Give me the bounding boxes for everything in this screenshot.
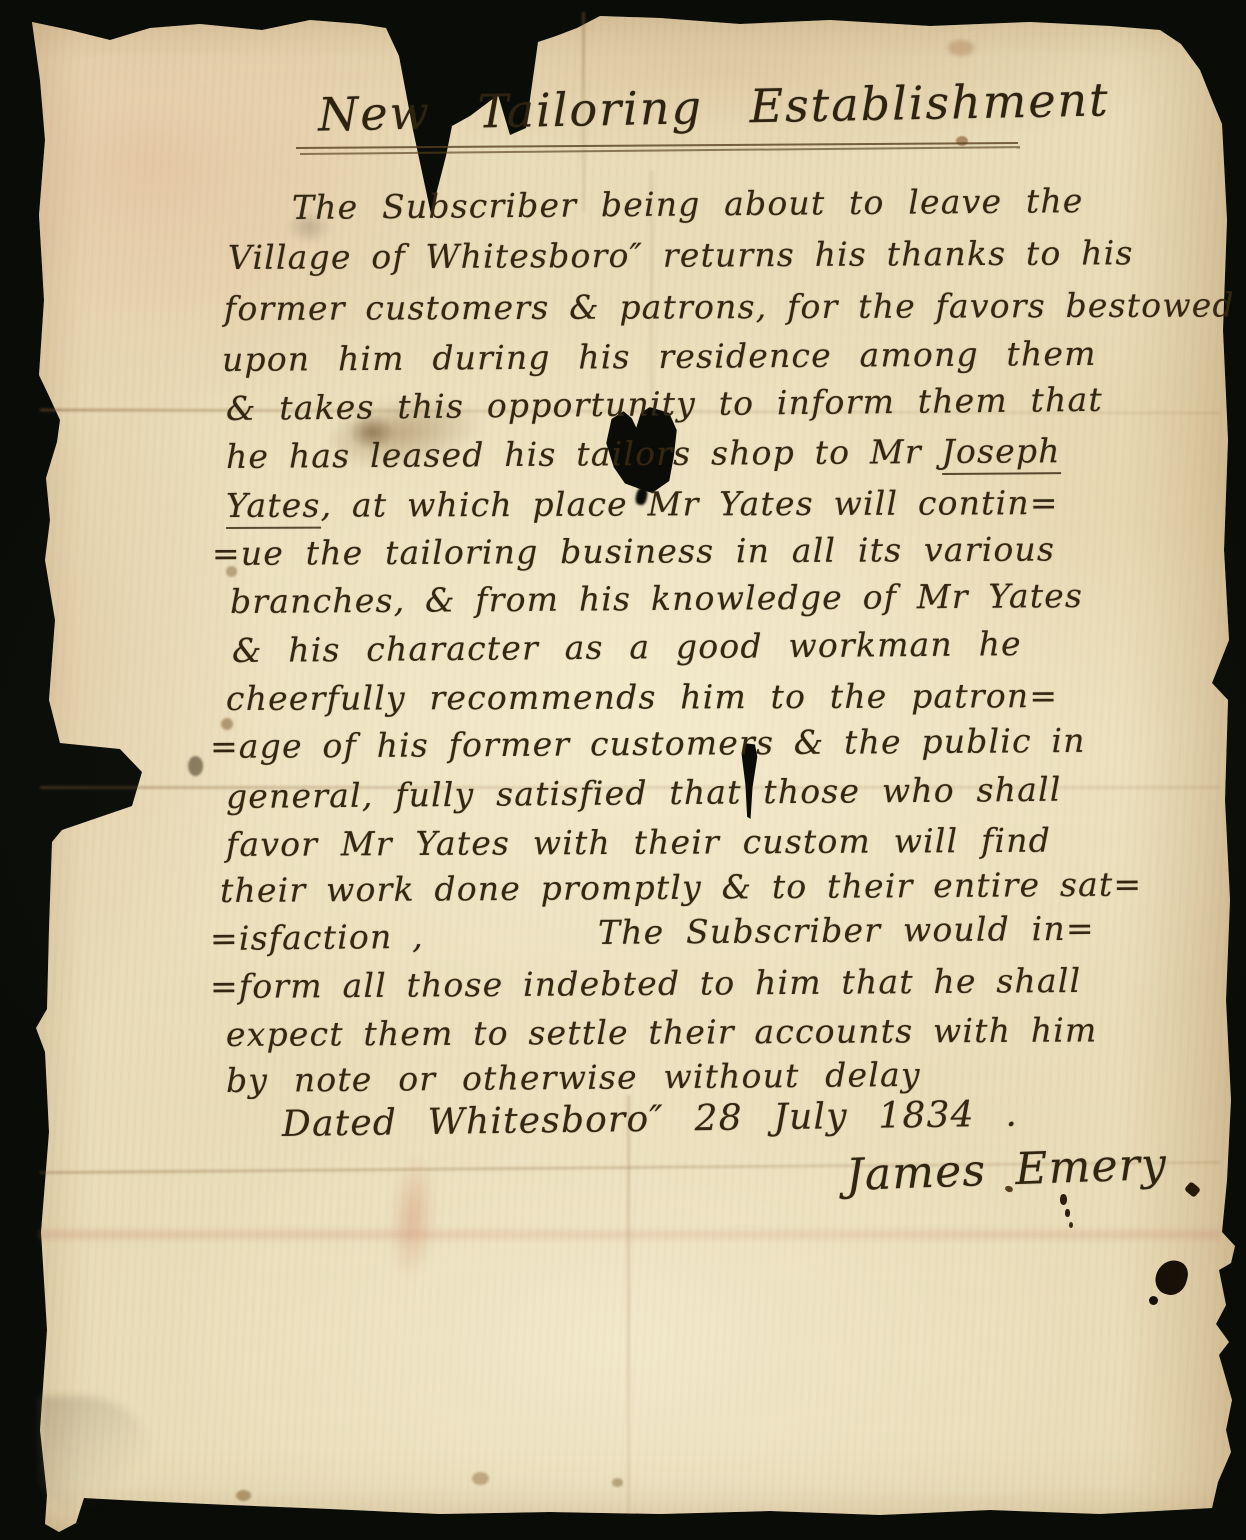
line-text: he has leased his tailors shop to Mr [226, 432, 942, 476]
ink-speckle [1060, 1194, 1067, 1205]
handwritten-line: former customers & patrons, for the favo… [224, 285, 1235, 328]
handwritten-line: Village of Whitesboro″ returns his thank… [228, 233, 1134, 277]
handwritten-line: upon him during his residence among them [222, 334, 1097, 379]
handwritten-line: Yates, at which place Mr Yates will cont… [226, 483, 1059, 525]
handwritten-line: favor Mr Yates with their custom will fi… [226, 821, 1051, 864]
handwritten-line: branches, & from his knowledge of Mr Yat… [230, 576, 1083, 621]
underlined-name-yates: Yates [226, 486, 321, 529]
ink-speckle [1065, 1209, 1070, 1217]
handwritten-line: expect them to settle their accounts wit… [226, 1010, 1098, 1054]
handwritten-line: general, fully satisfied that those who … [226, 770, 1062, 816]
underlined-name-joseph: Joseph [941, 431, 1060, 475]
handwritten-line: =form all those indebted to him that he … [210, 961, 1082, 1006]
handwritten-line: =isfaction , [210, 917, 424, 958]
ink-speckle [1069, 1222, 1073, 1228]
handwritten-line: their work done promptly & to their enti… [220, 865, 1143, 910]
handwritten-line: by note or otherwise without delay [226, 1055, 921, 1100]
handwritten-line: The Subscriber being about to leave the [292, 181, 1084, 227]
fold-crease-vertical [627, 1095, 630, 1515]
handwritten-line: =ue the tailoring business in all its va… [212, 530, 1055, 573]
handwritten-line: he has leased his tailors shop to Mr Jos… [226, 431, 1061, 476]
handwritten-line: The Subscriber would in= [598, 909, 1095, 952]
photo-background: New Tailoring Establishment The Subscrib… [0, 0, 1246, 1540]
line-text: , at which place Mr Yates will contin= [321, 483, 1059, 525]
handwritten-line: =age of his former customers & the publi… [210, 721, 1086, 766]
handwritten-line: & his character as a good workman he [232, 624, 1022, 670]
fold-crease-pink-band [40, 1230, 1220, 1239]
handwritten-line: cheerfully recommends him to the patron= [226, 676, 1058, 718]
ink-blot [1149, 1296, 1158, 1305]
